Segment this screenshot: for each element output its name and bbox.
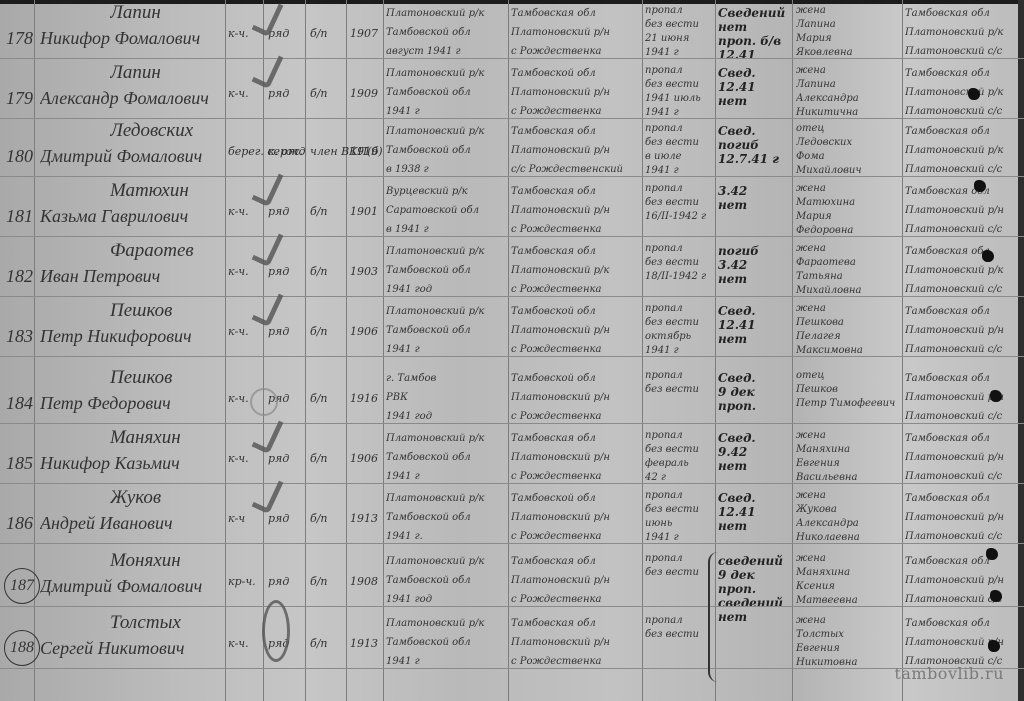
birthplace: Тамбовской облПлатоновский р/нс Рождеств… <box>511 64 639 121</box>
rank: ряд <box>268 513 289 526</box>
surname: Лапин <box>110 2 161 24</box>
surname: Жуков <box>110 487 161 509</box>
birth-year: 1913 <box>350 513 378 526</box>
column-rule <box>508 0 509 701</box>
rank-type: к-ч. <box>228 453 249 466</box>
rank-type: к-ч. <box>228 393 249 406</box>
row-number: 187 <box>4 568 40 604</box>
kin-address: Тамбовская облПлатоновский р/кПлатоновск… <box>905 64 1017 121</box>
drafted-by: Платоновский р/кТамбовской обл1941 год <box>386 552 504 609</box>
surname: Пешков <box>110 367 172 389</box>
fate: пропалбез вестииюнь1941 г <box>645 489 713 545</box>
birth-year: 1919 <box>350 146 378 159</box>
notes: Свед.12.41нет <box>718 66 790 108</box>
fate: пропалбез вести1941 июль1941 г <box>645 64 713 120</box>
row-number: 186 <box>6 513 33 534</box>
rank-type: к-ч <box>228 513 245 526</box>
birth-year: 1901 <box>350 206 378 219</box>
surname: Маняхин <box>110 427 181 449</box>
given-name: Никифор Фомалович <box>40 28 200 49</box>
drafted-by: Платоновский р/кТамбовской обл1941 г <box>386 64 504 121</box>
check-mark-icon <box>251 228 283 268</box>
rank: ряд <box>268 453 289 466</box>
kin-address: Тамбовская облПлатоновский р/нПлатоновск… <box>905 429 1017 486</box>
kin-address: Тамбовская облПлатоновский р/кПлатоновск… <box>905 4 1017 61</box>
drafted-by: г. ТамбовРВК1941 год <box>386 369 504 426</box>
birth-year: 1916 <box>350 393 378 406</box>
birthplace: Тамбовской облПлатоновский р/нс Рождеств… <box>511 369 639 426</box>
row-number: 182 <box>6 266 33 287</box>
birth-year: 1906 <box>350 326 378 339</box>
row-rule <box>0 606 1024 607</box>
row-number: 179 <box>6 88 33 109</box>
punch-hole <box>986 548 998 560</box>
next-of-kin: женаЛапинаМарияЯковлевна <box>796 4 900 60</box>
row-rule <box>0 236 1024 237</box>
given-name: Александр Фомалович <box>40 88 209 109</box>
fate: пропалбез вести <box>645 614 713 642</box>
given-name: Сергей Никитович <box>40 638 184 659</box>
fate: пропалбез вести18/II-1942 г <box>645 242 713 284</box>
fate: пропалбез вести <box>645 552 713 580</box>
notes: Свед.12.41нет <box>718 491 790 533</box>
party: б/п <box>310 28 328 41</box>
column-rule <box>225 0 226 701</box>
check-mark-icon <box>251 415 283 455</box>
column-rule <box>792 0 793 701</box>
next-of-kin: женаТолстыхЕвгенияНикитовна <box>796 614 900 670</box>
next-of-kin: женаФараотеваТатьянаМихайловна <box>796 242 900 298</box>
kin-address: Тамбовская облПлатоновский р/кПлатоновск… <box>905 122 1017 179</box>
punch-hole <box>968 88 980 100</box>
row-rule <box>0 356 1024 357</box>
notes: сведений9 декпроп.сведенийнет <box>718 554 790 624</box>
birth-year: 1913 <box>350 638 378 651</box>
drafted-by: Платоновский р/кТамбовской обл1941 г. <box>386 489 504 546</box>
birth-year: 1903 <box>350 266 378 279</box>
rank-type: к-ч. <box>228 206 249 219</box>
birth-year: 1906 <box>350 453 378 466</box>
birthplace: Тамбовская облПлатоновский р/нс Рождеств… <box>511 4 639 61</box>
birthplace: Тамбовской облПлатоновский р/нс Рождеств… <box>511 489 639 546</box>
notes: Свед.9 декпроп. <box>718 371 790 413</box>
next-of-kin: женаМаняхинаКсенияМатвеевна <box>796 552 900 608</box>
party: б/п <box>310 576 328 589</box>
surname: Пешков <box>110 300 172 322</box>
rank: ряд <box>268 576 289 589</box>
row-number: 183 <box>6 326 33 347</box>
stamp-icon <box>250 388 278 416</box>
notes: Свед.12.41нет <box>718 304 790 346</box>
drafted-by: Платоновский р/кТамбовской обл1941 г <box>386 614 504 671</box>
notes: Свед.9.42нет <box>718 431 790 473</box>
row-rule <box>0 58 1024 59</box>
kin-address: Тамбовская облПлатоновский р/кПлатоновск… <box>905 242 1017 299</box>
birthplace: Тамбовская облПлатоновский р/нс Рождеств… <box>511 614 639 671</box>
row-number: 184 <box>6 393 33 414</box>
party: б/п <box>310 206 328 219</box>
rank: ряд <box>268 326 289 339</box>
drafted-by: Платоновский р/кТамбовской облв 1938 г <box>386 122 504 179</box>
row-rule <box>0 296 1024 297</box>
party: б/п <box>310 393 328 406</box>
given-name: Андрей Иванович <box>40 513 173 534</box>
next-of-kin: женаЛапинаАлександраНикитична <box>796 64 900 120</box>
given-name: Петр Федорович <box>40 393 171 414</box>
party: б/п <box>310 453 328 466</box>
row-number: 188 <box>4 630 40 666</box>
column-rule <box>642 0 643 701</box>
birthplace: Тамбовская облПлатоновский р/нс Рождеств… <box>511 552 639 609</box>
party: б/п <box>310 266 328 279</box>
next-of-kin: женаПешковаПелагеяМаксимовна <box>796 302 900 358</box>
next-of-kin: отецЛедовскихФомаМихайлович <box>796 122 900 178</box>
surname: Толстых <box>110 612 181 634</box>
row-number: 178 <box>6 28 33 49</box>
surname: Ледовских <box>110 120 193 142</box>
birthplace: Тамбовской облПлатоновский р/нс Рождеств… <box>511 302 639 359</box>
birthplace: Тамбовская облПлатоновский р/нс Рождеств… <box>511 429 639 486</box>
kin-address: Тамбовская облПлатоновский р/нПлатоновск… <box>905 182 1017 239</box>
given-name: Дмитрий Фомалович <box>40 146 202 167</box>
column-rule <box>383 0 384 701</box>
given-name: Казьма Гаврилович <box>40 206 188 227</box>
surname: Лапин <box>110 62 161 84</box>
rank-type: к-ч. <box>228 266 249 279</box>
row-number: 180 <box>6 146 33 167</box>
notes: погиб3.42нет <box>718 244 790 286</box>
notes: Свед.погиб12.7.41 г <box>718 124 790 166</box>
notes: Сведенийнетпроп. б/в12.41 <box>718 6 790 62</box>
drafted-by: Платоновский р/кТамбовской обл1941 год <box>386 242 504 299</box>
rank-type: к-ч. <box>228 638 249 651</box>
birthplace: Тамбовская облПлатоновский р/нс/с Рождес… <box>511 122 639 179</box>
given-name: Иван Петрович <box>40 266 160 287</box>
fate: пропалбез вестив июле1941 г <box>645 122 713 178</box>
rank-type: к-ч. <box>228 28 249 41</box>
check-mark-icon <box>251 475 283 515</box>
row-rule <box>0 543 1024 544</box>
rank: ряд <box>268 88 289 101</box>
oval-mark-icon <box>262 600 290 662</box>
scan-edge-right <box>1018 0 1024 701</box>
row-rule <box>0 668 1024 669</box>
fate: пропалбез вести21 июня1941 г <box>645 4 713 60</box>
drafted-by: Платоновский р/кТамбовской обл1941 г <box>386 429 504 486</box>
birthplace: Тамбовская облПлатоновский р/кс Рождеств… <box>511 242 639 299</box>
row-number: 181 <box>6 206 33 227</box>
check-mark-icon <box>251 168 283 208</box>
party: б/п <box>310 638 328 651</box>
given-name: Петр Никифорович <box>40 326 192 347</box>
next-of-kin: женаМаняхинаЕвгенияВасильевна <box>796 429 900 485</box>
row-rule <box>0 483 1024 484</box>
drafted-by: Вурцевский р/кСаратовской облв 1941 г <box>386 182 504 239</box>
register-page: 178 Лапин Никифор Фомалович к-ч. ряд б/п… <box>0 0 1024 701</box>
rank: ряд <box>268 206 289 219</box>
rank: к. отд <box>268 146 306 159</box>
rank: ряд <box>268 266 289 279</box>
drafted-by: Платоновский р/кТамбовской обл1941 г <box>386 302 504 359</box>
birthplace: Тамбовская облПлатоновский р/нс Рождеств… <box>511 182 639 239</box>
column-rule <box>263 0 264 701</box>
surname: Фараотев <box>110 240 194 262</box>
punch-hole <box>990 590 1002 602</box>
watermark: tambovlib.ru <box>894 664 1004 683</box>
next-of-kin: женаМатюхинаМарияФедоровна <box>796 182 900 238</box>
drafted-by: Платоновский р/кТамбовской облавгуст 194… <box>386 4 504 61</box>
birth-year: 1909 <box>350 88 378 101</box>
given-name: Никифор Казьмич <box>40 453 180 474</box>
fate: пропалбез вестиоктябрь1941 г <box>645 302 713 358</box>
row-rule <box>0 118 1024 119</box>
check-mark-icon <box>251 288 283 328</box>
party: б/п <box>310 88 328 101</box>
surname: Моняхин <box>110 550 181 572</box>
party: б/п <box>310 326 328 339</box>
fate: пропалбез вестифевраль42 г <box>645 429 713 485</box>
notes: 3.42нет <box>718 184 790 212</box>
birth-year: 1908 <box>350 576 378 589</box>
column-rule <box>902 0 903 701</box>
brace-mark <box>708 552 724 682</box>
check-mark-icon <box>251 50 283 90</box>
party: б/п <box>310 513 328 526</box>
next-of-kin: отецПешковПетр Тимофеевич <box>796 369 900 411</box>
birth-year: 1907 <box>350 28 378 41</box>
punch-hole <box>974 180 986 192</box>
column-rule <box>305 0 306 701</box>
next-of-kin: женаЖуковаАлександраНиколаевна <box>796 489 900 545</box>
row-rule <box>0 423 1024 424</box>
rank-type: к-ч. <box>228 88 249 101</box>
kin-address: Тамбовская облПлатоновский р/нПлатоновск… <box>905 614 1017 671</box>
column-rule <box>346 0 347 701</box>
row-rule <box>0 176 1024 177</box>
given-name: Дмитрий Фомалович <box>40 576 202 597</box>
surname: Матюхин <box>110 180 189 202</box>
rank-type: кр-ч. <box>228 576 256 589</box>
punch-hole <box>988 640 1000 652</box>
row-number: 185 <box>6 453 33 474</box>
fate: пропалбез вести16/II-1942 г <box>645 182 713 224</box>
kin-address: Тамбовская облПлатоновский р/нПлатоновск… <box>905 489 1017 546</box>
kin-address: Тамбовская облПлатоновский р/нПлатоновск… <box>905 302 1017 359</box>
punch-hole <box>990 390 1002 402</box>
punch-hole <box>982 250 994 262</box>
rank-type: к-ч. <box>228 326 249 339</box>
fate: пропалбез вести <box>645 369 713 397</box>
